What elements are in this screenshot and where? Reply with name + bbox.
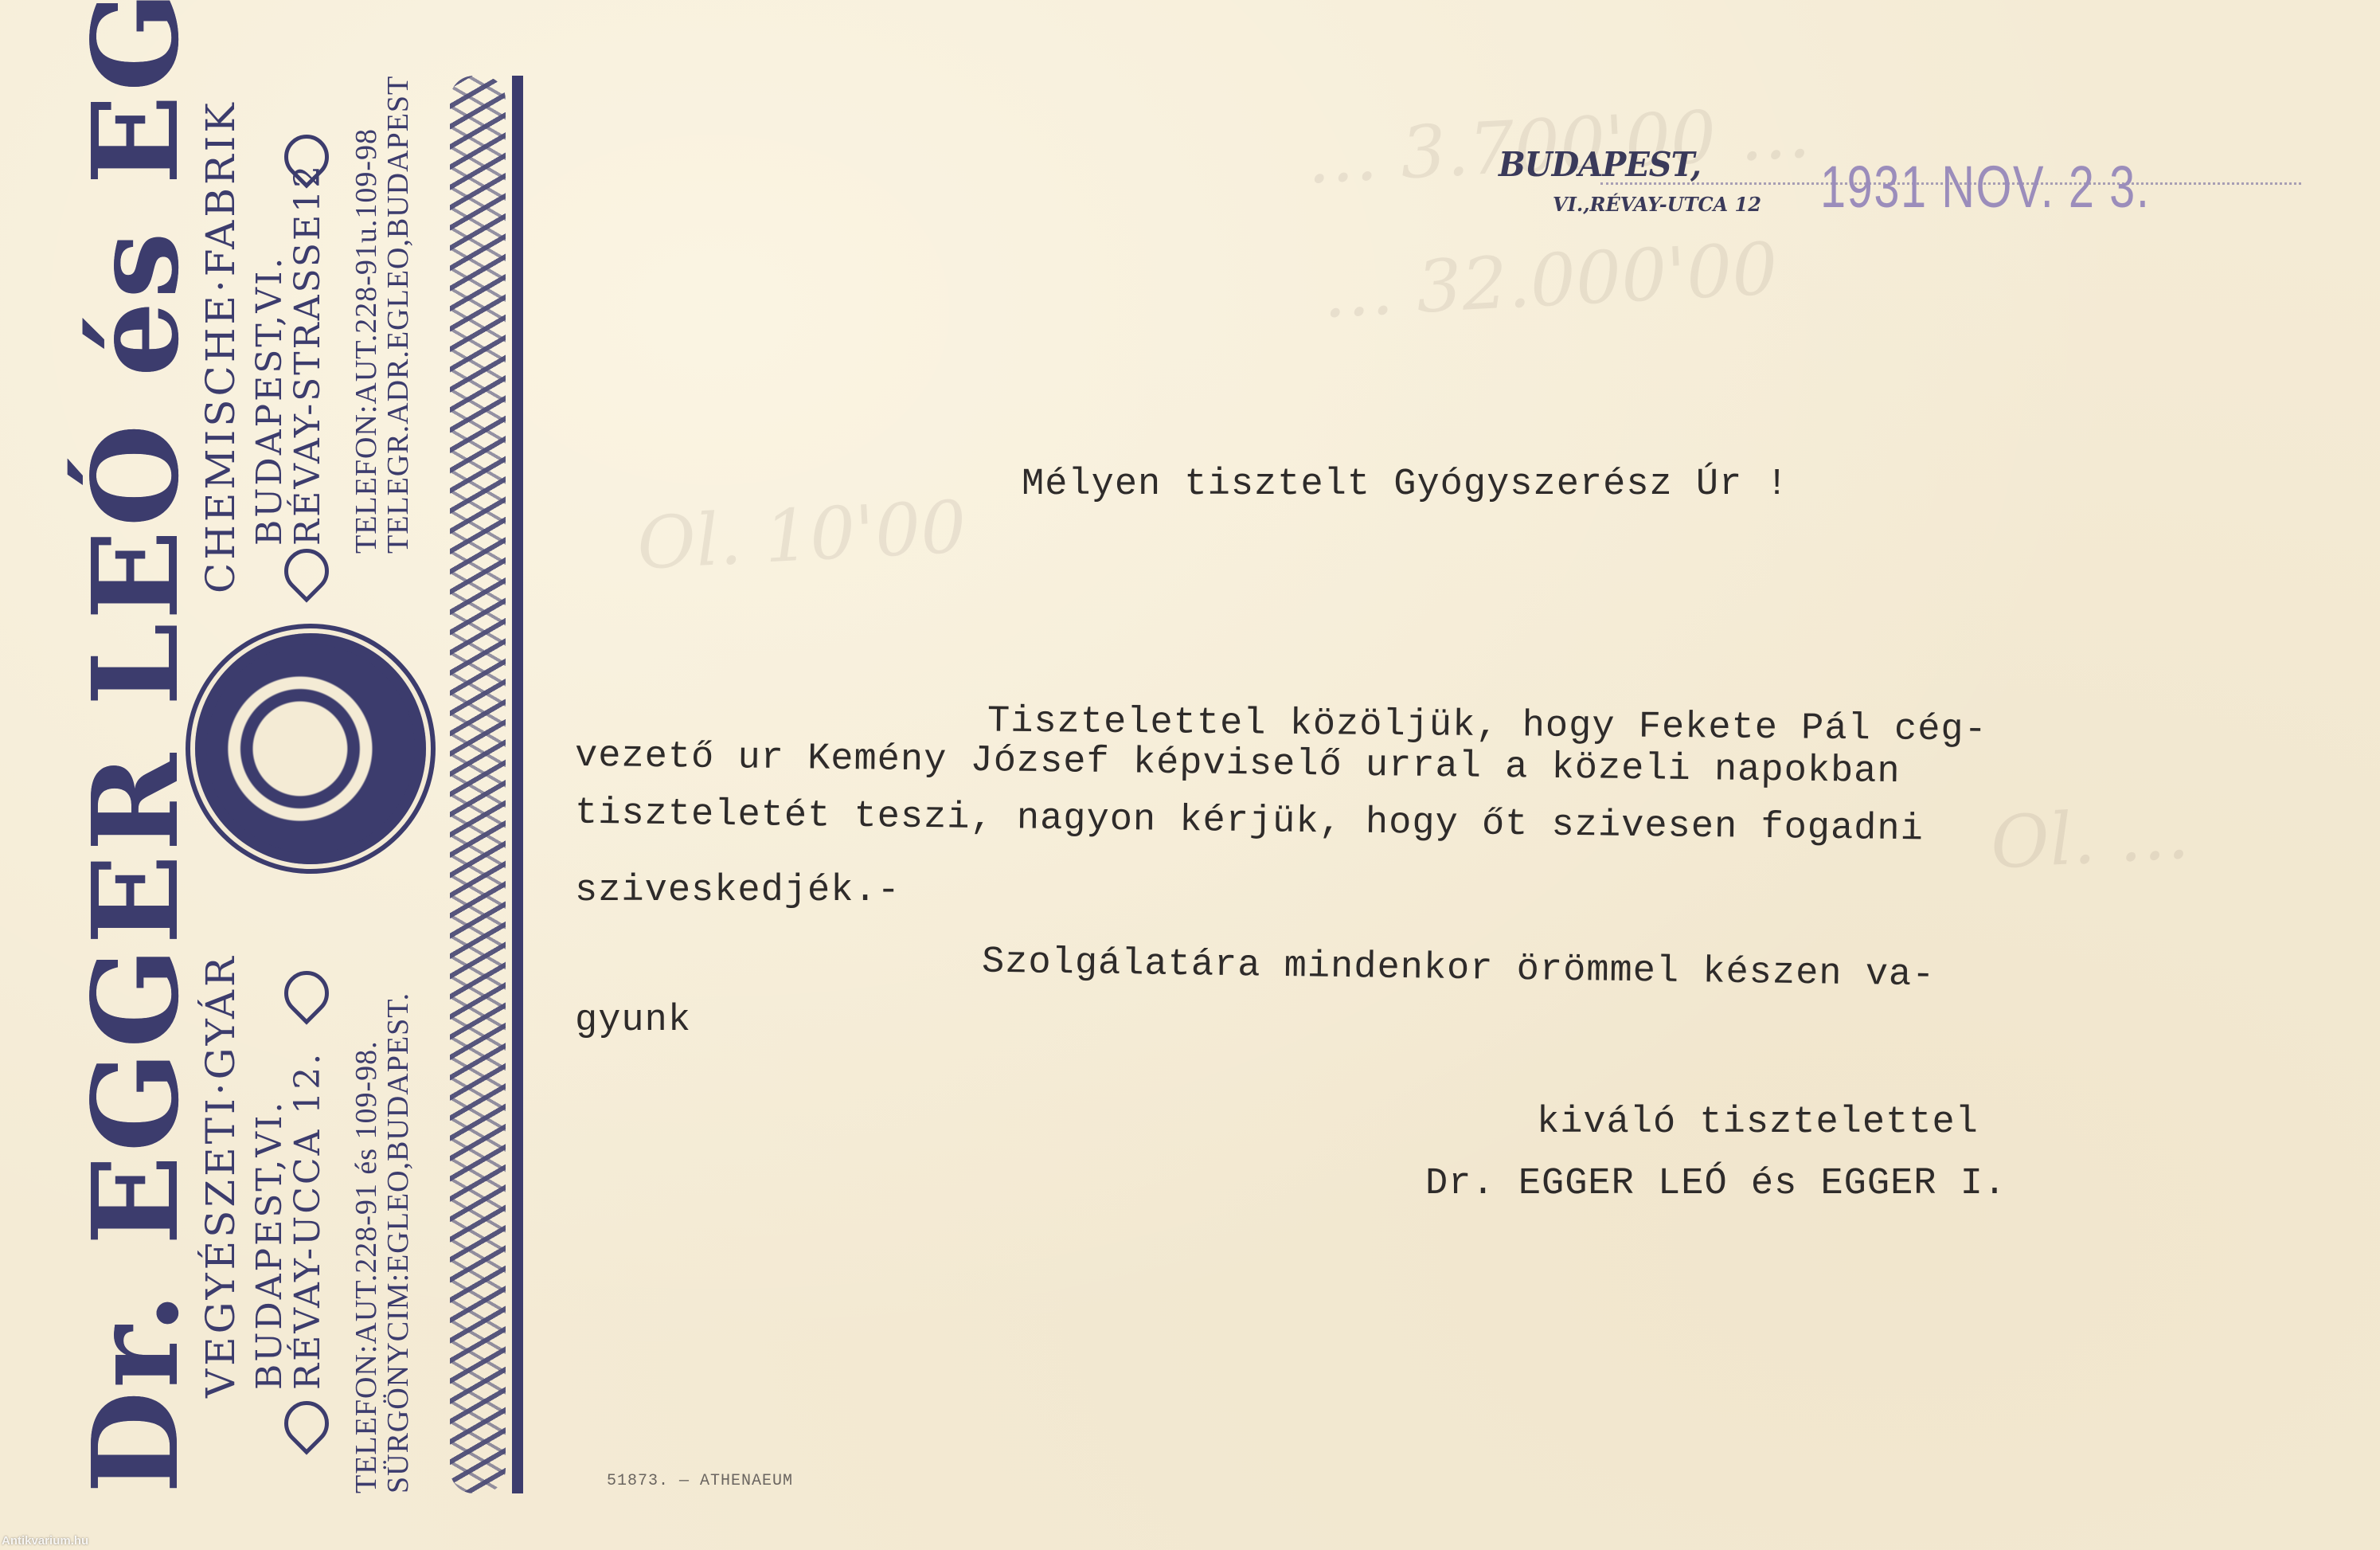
leaf-border-ornament (450, 76, 506, 1493)
phone-hu: TELEFON:AUT.228-91 és 109-98. (350, 992, 382, 1493)
closing: kiváló tisztelettel (1537, 1102, 1979, 1144)
flower-ornament-icon (275, 961, 338, 1024)
contact-hu: TELEFON:AUT.228-91 és 109-98. SÜRGÖNYCIM… (350, 992, 414, 1493)
flower-ornament-icon (275, 1391, 338, 1454)
paragraph2-line: gyunk (575, 1000, 691, 1042)
address-de-line1: BUDAPEST,VI. (251, 163, 289, 546)
header-street: VI.,RÉVAY-UTCA 12 (1553, 193, 1761, 216)
telegram-de: TELEGR.ADR.EGLEO,BUDAPEST (382, 76, 414, 554)
pencil-show-through: Ol. 10'00 (635, 485, 969, 586)
printer-mark: 51873. — ATHENAEUM (607, 1472, 793, 1490)
company-subtitle-hu: VEGYÉSZETI·GYÁR (197, 953, 244, 1398)
address-hu: BUDAPEST,VI. RÉVAY-UCCA 12. (251, 1051, 327, 1390)
tiger-head-medallion-icon (195, 633, 426, 864)
header-city: BUDAPEST, (1499, 145, 1701, 184)
contact-de: TELEFON:AUT.228-91u.109-98 TELEGR.ADR.EG… (350, 76, 414, 554)
date-stamp: 1931 NOV. 2 3. (1820, 153, 2150, 221)
address-hu-line2: RÉVAY-UCCA 12. (289, 1051, 327, 1390)
company-subtitle-de: CHEMISCHE·FABRIK (197, 100, 244, 593)
telegram-hu: SÜRGÖNYCIM:EGLEO,BUDAPEST. (382, 992, 414, 1493)
address-hu-line1: BUDAPEST,VI. (251, 1051, 289, 1390)
letterhead: Dr. EGGER LEÓ és EGGER I VEGYÉSZETI·GYÁR… (76, 76, 522, 1493)
watermark: Antikvarium.hu (2, 1534, 88, 1548)
flower-ornament-icon (275, 539, 338, 602)
letterhead-rule (512, 76, 523, 1493)
paragraph1-line: sziveskedjék.- (575, 870, 901, 912)
letterhead-rotated-block: Dr. EGGER LEÓ és EGGER I VEGYÉSZETI·GYÁR… (76, 76, 522, 1493)
phone-de: TELEFON:AUT.228-91u.109-98 (350, 76, 382, 554)
pencil-show-through: Ol. … (1988, 792, 2191, 886)
salutation: Mélyen tisztelt Gyógyszerész Úr ! (1022, 464, 1789, 506)
address-de: BUDAPEST,VI. RÉVAY-STRASSE12 (251, 163, 327, 546)
company-name: Dr. EGGER LEÓ és EGGER I (76, 76, 195, 1493)
address-de-line2: RÉVAY-STRASSE12 (289, 163, 327, 546)
signature: Dr. EGGER LEÓ és EGGER I. (1425, 1163, 2007, 1205)
